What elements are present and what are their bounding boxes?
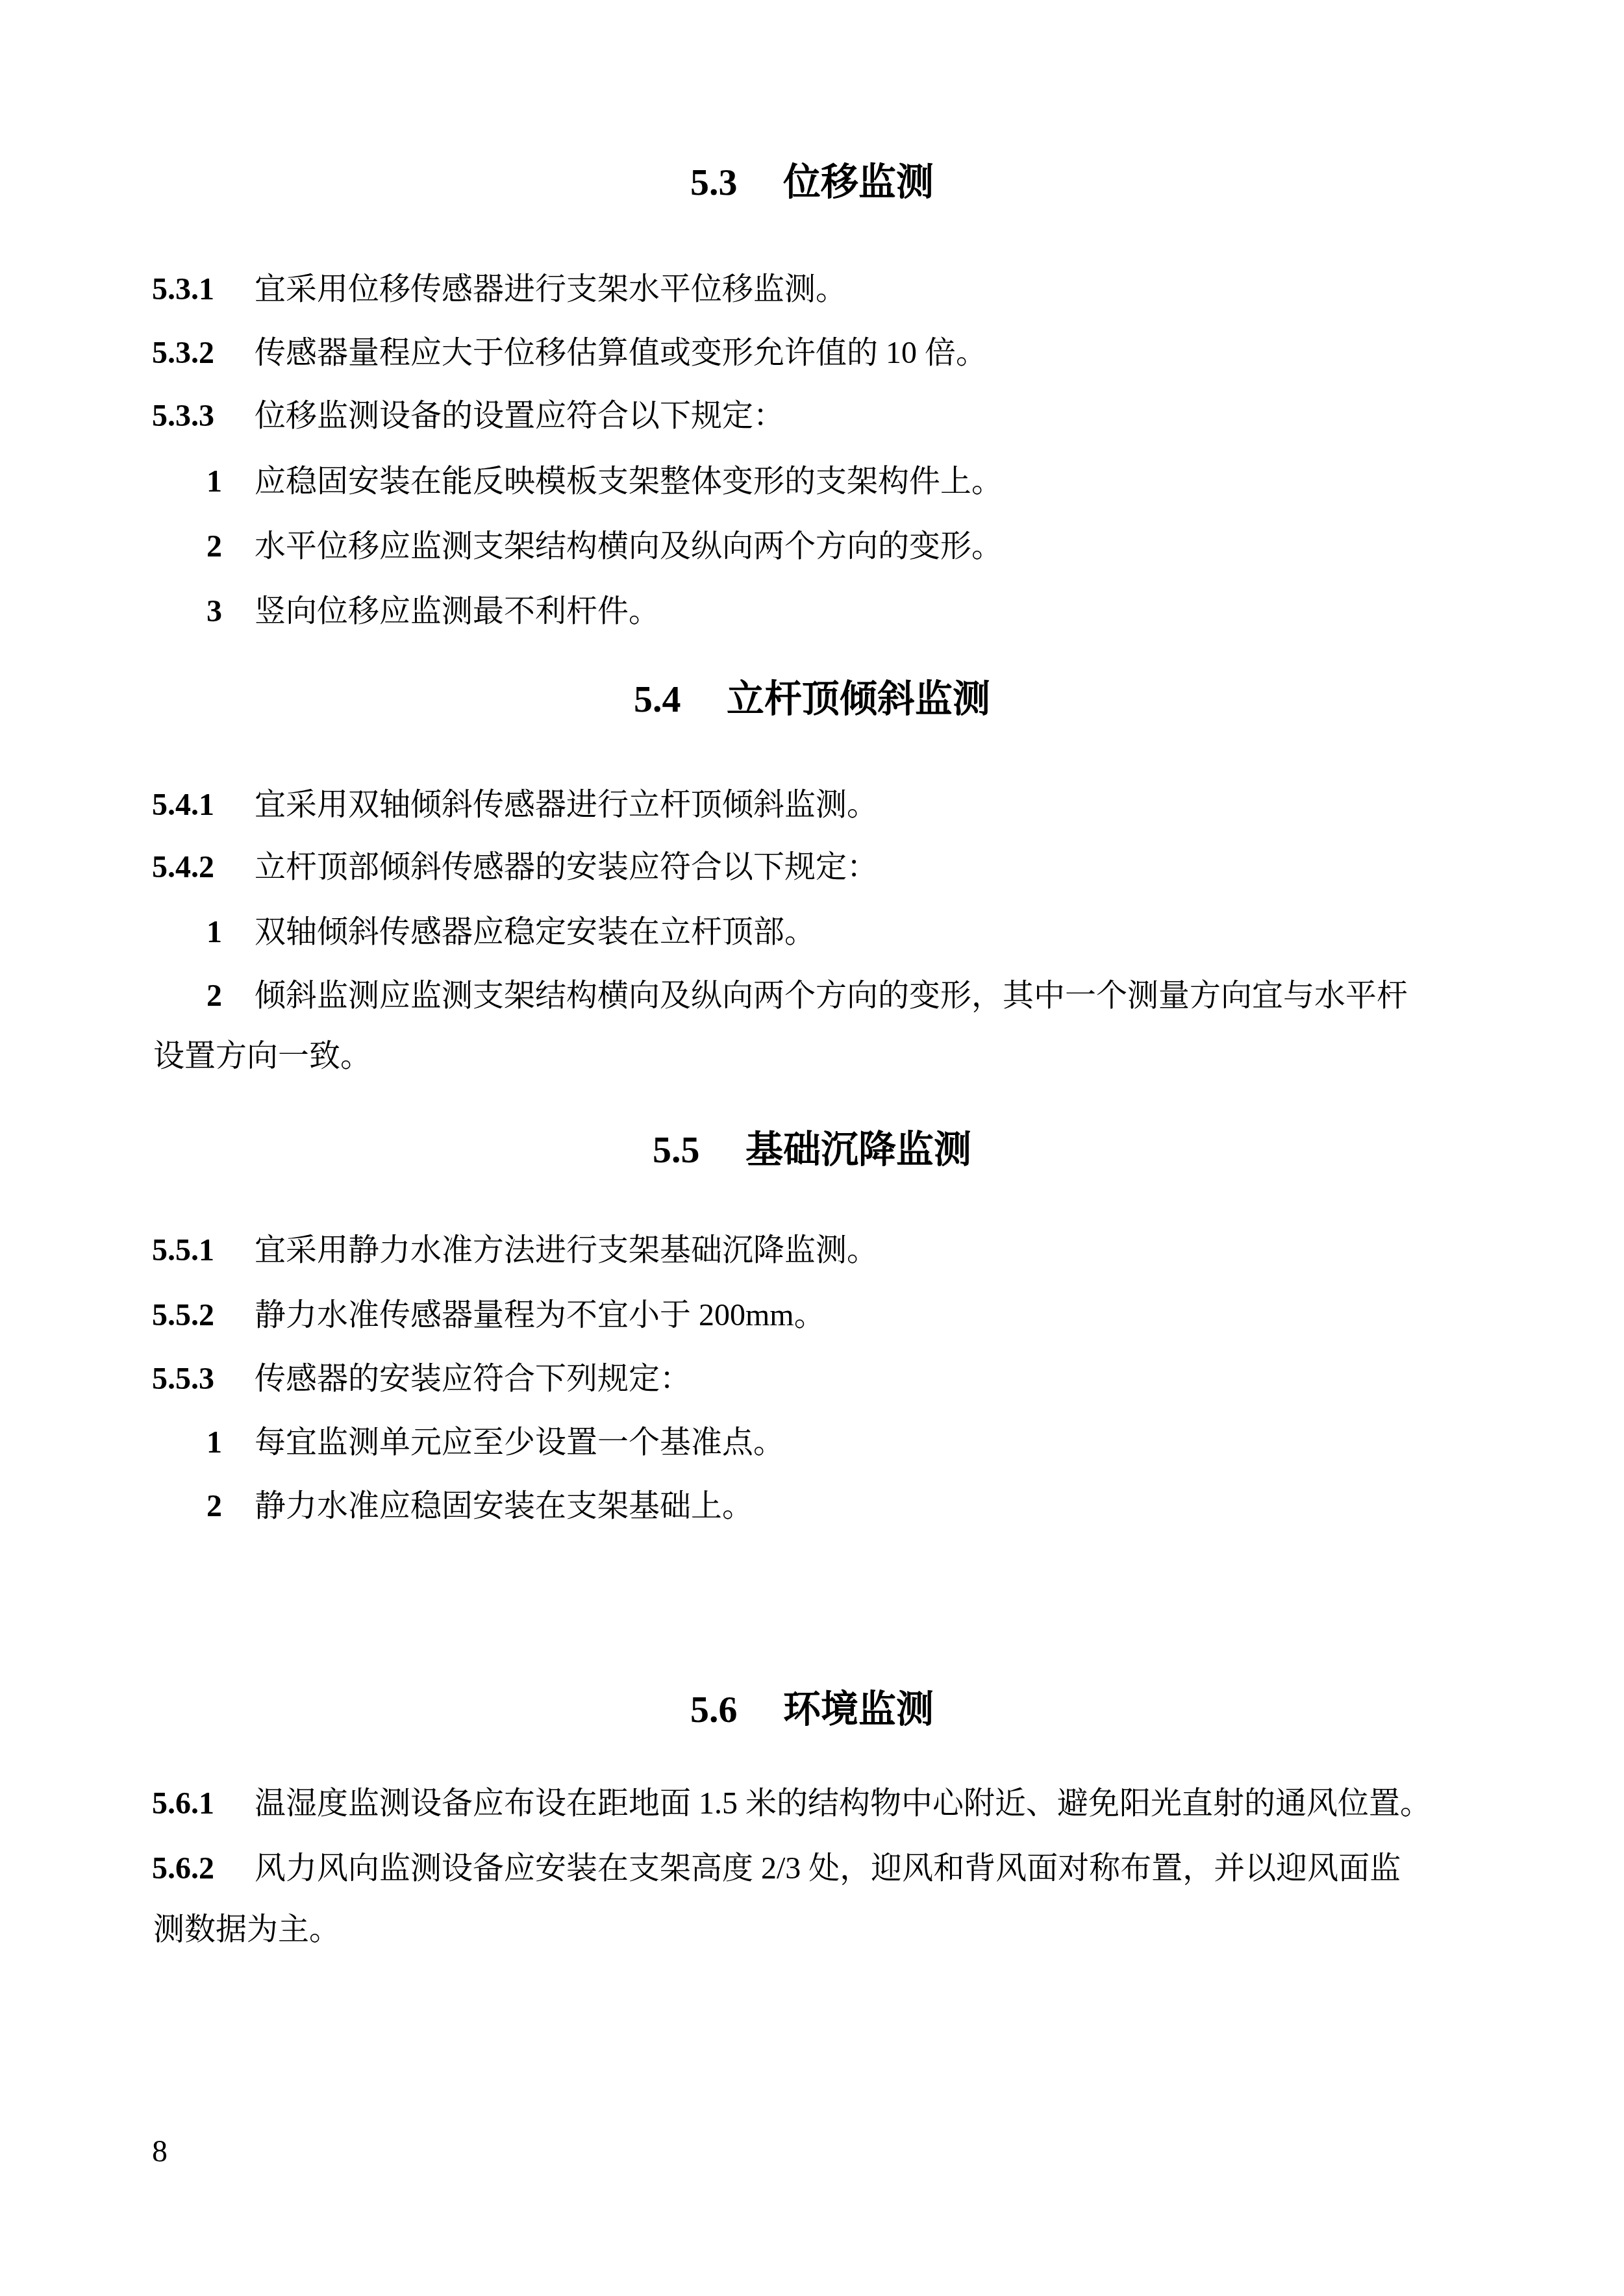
section-title: 立杆顶倾斜监测 [727,678,990,720]
clause-number: 5.5.2 [152,1299,255,1333]
clause-5-6-2: 5.6.2 风力风向监测设备应安装在支架高度 2/3 处，迎风和背风面对称布置，… [152,1852,1401,1886]
item-number: 2 [206,530,255,564]
clause-text: 宜采用双轴倾斜传感器进行立杆顶倾斜监测。 [255,788,878,823]
clause-number: 5.4.2 [152,851,255,885]
item-text: 应稳固安装在能反映模板支架整体变形的支架构件上。 [255,465,1003,499]
clause-5-6-1: 5.6.1 温湿度监测设备应布设在距地面 1.5 米的结构物中心附近、避免阳光直… [152,1787,1431,1821]
clause-number: 5.5.3 [152,1362,255,1397]
clause-number: 5.5.1 [152,1234,255,1268]
item-number: 3 [206,595,255,629]
item-text: 竖向位移应监测最不利杆件。 [255,595,660,629]
item-text: 静力水准应稳固安装在支架基础上。 [255,1490,753,1524]
item-number: 2 [206,1490,255,1524]
clause-5-3-3: 5.3.3 位移监测设备的设置应符合以下规定： [152,399,784,434]
section-number: 5.3 [690,161,738,203]
section-number: 5.6 [690,1688,738,1730]
item-text: 双轴倾斜传感器应稳定安装在立杆顶部。 [255,916,816,950]
clause-text: 温湿度监测设备应布设在距地面 1.5 米的结构物中心附近、避免阳光直射的通风位置… [255,1787,1431,1821]
list-item: 2 静力水准应稳固安装在支架基础上。 [206,1490,753,1524]
section-title: 位移监测 [783,161,934,203]
section-heading-5-3: 5.3 位移监测 [0,164,1624,201]
clause-text: 风力风向监测设备应安装在支架高度 2/3 处，迎风和背风面对称布置，并以迎风面监 [255,1852,1401,1886]
clause-text: 传感器量程应大于位移估算值或变形允许值的 10 倍。 [255,336,987,371]
section-title: 环境监测 [783,1688,934,1730]
clause-5-5-1: 5.5.1 宜采用静力水准方法进行支架基础沉降监测。 [152,1234,878,1268]
item-number: 1 [206,916,255,950]
list-item: 3 竖向位移应监测最不利杆件。 [206,595,660,629]
section-heading-5-4: 5.4 立杆顶倾斜监测 [0,680,1624,718]
item-text: 每宜监测单元应至少设置一个基准点。 [255,1426,784,1460]
item-number: 2 [206,979,255,1014]
clause-number: 5.6.2 [152,1852,255,1886]
page-number: 8 [152,2135,168,2169]
clause-text: 宜采用静力水准方法进行支架基础沉降监测。 [255,1234,878,1268]
clause-text: 宜采用位移传感器进行支架水平位移监测。 [255,273,847,307]
clause-number: 5.6.1 [152,1787,255,1821]
list-item: 1 每宜监测单元应至少设置一个基准点。 [206,1426,784,1460]
section-heading-5-5: 5.5 基础沉降监测 [0,1131,1624,1169]
item-text: 倾斜监测应监测支架结构横向及纵向两个方向的变形，其中一个测量方向宜与水平杆 [255,979,1408,1014]
clause-text: 静力水准传感器量程为不宜小于 200mm。 [255,1299,825,1333]
clause-5-4-1: 5.4.1 宜采用双轴倾斜传感器进行立杆顶倾斜监测。 [152,788,878,823]
section-heading-5-6: 5.6 环境监测 [0,1691,1624,1728]
clause-5-3-2: 5.3.2 传感器量程应大于位移估算值或变形允许值的 10 倍。 [152,336,987,371]
clause-text: 立杆顶部倾斜传感器的安装应符合以下规定： [255,851,878,885]
list-item: 1 应稳固安装在能反映模板支架整体变形的支架构件上。 [206,465,1003,499]
section-number: 5.5 [653,1129,700,1171]
clause-number: 5.3.2 [152,336,255,371]
item-number: 1 [206,1426,255,1460]
item-number: 1 [206,465,255,499]
clause-text-continuation: 测数据为主。 [153,1913,340,1947]
list-item: 1 双轴倾斜传感器应稳定安装在立杆顶部。 [206,916,816,950]
item-text-continuation: 设置方向一致。 [153,1040,371,1074]
section-title: 基础沉降监测 [745,1129,971,1171]
list-item: 2 倾斜监测应监测支架结构横向及纵向两个方向的变形，其中一个测量方向宜与水平杆 [206,979,1408,1014]
clause-5-5-2: 5.5.2 静力水准传感器量程为不宜小于 200mm。 [152,1299,825,1333]
list-item: 2 水平位移应监测支架结构横向及纵向两个方向的变形。 [206,530,1003,564]
clause-5-4-2: 5.4.2 立杆顶部倾斜传感器的安装应符合以下规定： [152,851,878,885]
section-number: 5.4 [634,678,681,720]
clause-5-5-3: 5.5.3 传感器的安装应符合下列规定： [152,1362,691,1397]
clause-5-3-1: 5.3.1 宜采用位移传感器进行支架水平位移监测。 [152,273,847,307]
document-page: 5.3 位移监测 5.3.1 宜采用位移传感器进行支架水平位移监测。 5.3.2… [0,0,1624,2296]
clause-number: 5.3.3 [152,399,255,434]
item-text: 水平位移应监测支架结构横向及纵向两个方向的变形。 [255,530,1003,564]
clause-text: 位移监测设备的设置应符合以下规定： [255,399,784,434]
clause-text: 传感器的安装应符合下列规定： [255,1362,691,1397]
clause-number: 5.3.1 [152,273,255,307]
clause-number: 5.4.1 [152,788,255,823]
